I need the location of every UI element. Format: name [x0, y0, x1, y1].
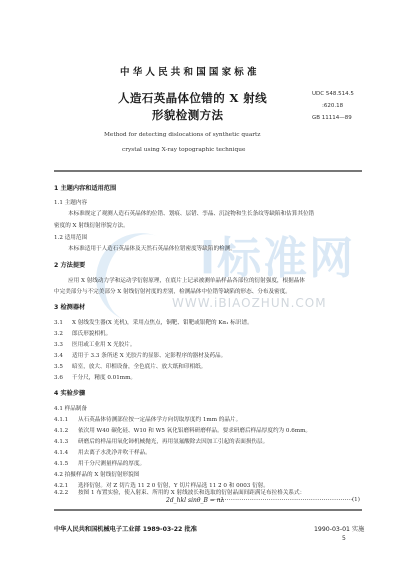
item-number: 4.1.3: [54, 439, 78, 445]
formula-leader-dots: ········································…: [214, 497, 353, 504]
list-item: 4.1.4用去离子水洗净并吹干样品。: [54, 448, 151, 456]
section-1-2-heading: 1.2 适用范围: [54, 233, 87, 241]
udc-code-2: :620.18: [322, 103, 343, 109]
item-text: 郎氏形貌相机。: [72, 331, 111, 337]
footer-divider: [54, 509, 362, 511]
english-title-line-2: crystal using X-ray topographic techniqu…: [122, 147, 245, 153]
udc-code: UDC 548.514.5: [312, 91, 354, 97]
list-item: 4.1.2依次用 W40 碳化硅、W10 和 W5 氧化铝磨料研磨样品。要求研磨…: [54, 426, 311, 434]
section-4-1-heading: 4.1 样品制备: [54, 404, 87, 412]
section-2-text-b: 中完美部分与不完美部分 X 射线衍射衬度的差别，检测晶体中位错等缺陷的形态、分布…: [54, 287, 291, 295]
item-text: 依次用 W40 碳化硅、W10 和 W5 氧化铝磨料研磨样品。要求研磨后样品厚度…: [78, 428, 311, 434]
english-title-line-1: Method for detecting dislocations of syn…: [104, 132, 260, 138]
item-number: 3.1: [54, 320, 72, 326]
gb-number: GB 11114—89: [312, 115, 352, 121]
item-text: 暗室，放大、印相设备，全色底片、放大纸和印相纸。: [72, 364, 206, 370]
section-2-heading: 2 方法提要: [54, 260, 85, 269]
title-line-1: 人造石英晶体位错的 X 射线: [118, 90, 267, 106]
list-item: 3.6千分尺，精度 0.01mm。: [54, 373, 136, 381]
list-item: 3.5暗室，放大、印相设备，全色底片、放大纸和印相纸。: [54, 362, 206, 370]
item-text: 研磨后的样品用氧化铈机械抛光，再用氢氟酸除去因加工引起的表面损伤层。: [78, 439, 268, 445]
item-text: 从石英晶体待测部位按一定晶体学方向切取厚度约 1mm 的晶片。: [78, 417, 241, 423]
item-text: 适用于 3.3 条所述 X 光胶片的显影、定影程序的器材及药品。: [72, 353, 226, 359]
item-number: 4.1.2: [54, 428, 78, 434]
item-text: 用去离子水洗净并吹干样品。: [78, 450, 151, 456]
item-number: 4.2.2: [54, 490, 78, 496]
approval-statement: 中华人民共和国机械电子工业部 1989-03-22 批准: [54, 524, 197, 533]
item-number: 3.4: [54, 353, 72, 359]
item-number: 3.6: [54, 375, 72, 381]
section-1-1-heading: 1.1 主题内容: [54, 198, 87, 206]
section-1-1-text-b: 密度的 X 射线衍射形貌方法。: [54, 221, 129, 229]
formula-number: (1): [352, 497, 360, 503]
item-number: 4.1.5: [54, 461, 78, 467]
section-1-2-text: 本标准适用于人造石英晶体及天然石英晶体位错密度等缺陷的检测。: [68, 244, 236, 252]
section-2-text-a: 应用 X 射线动力学和运动学衍射原理，在底片上记录被测单晶样品各部位的衍射强度，…: [68, 276, 305, 284]
section-1-1-text-a: 本标准规定了观测人造石英晶体的位错、划痕、层错、孪晶、沉淀物和生长条纹等缺陷和估…: [68, 209, 314, 217]
list-item: 4.1.5用千分尺测量样品的厚度。: [54, 459, 145, 467]
item-number: 3.2: [54, 331, 72, 337]
item-number: 4.1.4: [54, 450, 78, 456]
item-text: 医用或工业用 X 光胶片。: [72, 342, 135, 348]
list-item: 3.1X 射线发生器(X 光机)，采用点焦点，铜靶、钼靶或银靶的 Kα₁ 标识谱…: [54, 318, 253, 326]
title-line-2: 形貌检测方法: [152, 107, 223, 123]
item-text: 千分尺，精度 0.01mm。: [72, 375, 136, 381]
list-item: 4.2.2按图 1 布置实验，使入射束、所用的 X 射线波长和选取的衍射晶面间距…: [54, 488, 305, 496]
item-text: 用千分尺测量样品的厚度。: [78, 461, 145, 467]
item-text: 按图 1 布置实验，使入射束、所用的 X 射线波长和选取的衍射晶面间距满足布拉格…: [78, 490, 305, 496]
standard-label: 中华人民共和国国家标准: [120, 64, 260, 78]
implementation-date: 1990-03-01 实施: [314, 524, 364, 533]
watermark-url: WWW.iBIAOZHUN.COM: [172, 296, 327, 310]
page-number: 5: [342, 535, 346, 542]
list-item: 3.4适用于 3.3 条所述 X 光胶片的显影、定影程序的器材及药品。: [54, 351, 226, 359]
list-item: 4.1.3研磨后的样品用氧化铈机械抛光，再用氢氟酸除去因加工引起的表面损伤层。: [54, 437, 268, 445]
section-1-heading: 1 主题内容和适用范围: [54, 183, 116, 192]
item-number: 3.3: [54, 342, 72, 348]
header-divider: [54, 170, 362, 172]
item-number: 4.1.1: [54, 417, 78, 423]
list-item: 3.2郎氏形貌相机。: [54, 329, 111, 337]
list-item: 3.3医用或工业用 X 光胶片。: [54, 340, 135, 348]
section-3-heading: 3 检测器材: [54, 302, 85, 311]
section-4-2-heading: 4.2 拍摄样品的 X 射线衍射形貌图: [54, 470, 139, 478]
item-number: 3.5: [54, 364, 72, 370]
section-4-heading: 4 实验步骤: [54, 388, 85, 397]
list-item: 4.1.1从石英晶体待测部位按一定晶体学方向切取厚度约 1mm 的晶片。: [54, 415, 241, 423]
item-text: X 射线发生器(X 光机)，采用点焦点，铜靶、钼靶或银靶的 Kα₁ 标识谱。: [72, 320, 253, 326]
